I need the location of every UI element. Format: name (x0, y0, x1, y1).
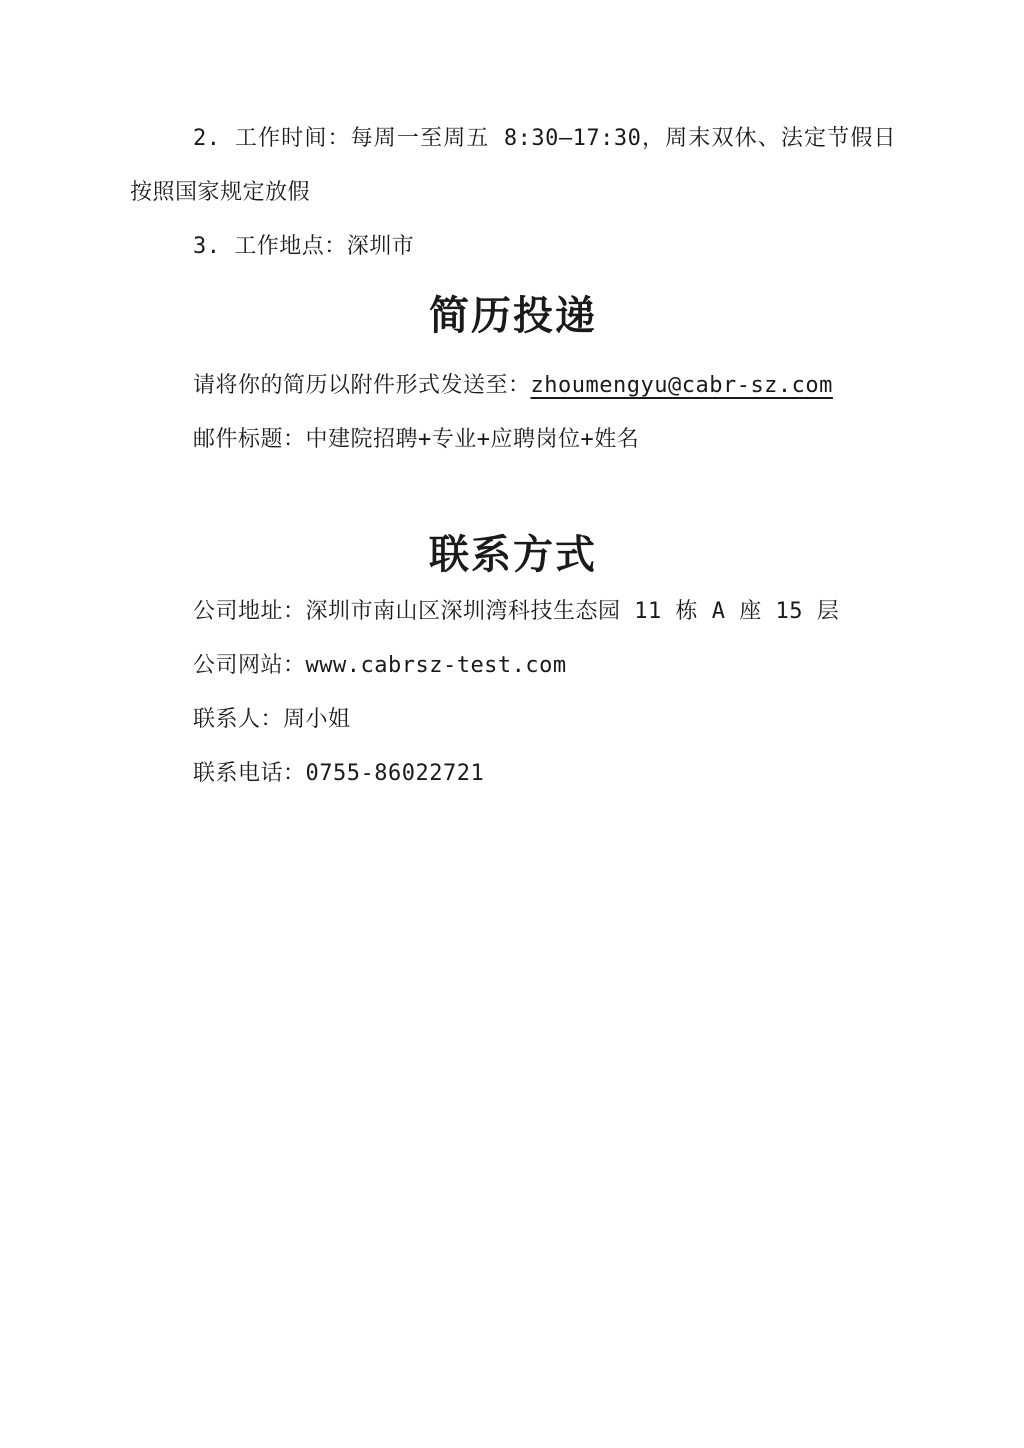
paragraph-contact-person: 联系人：周小姐 (130, 693, 896, 747)
paragraph-work-time: 2. 工作时间：每周一至周五 8:30—17:30，周末双休、法定节假日按照国家… (130, 112, 896, 220)
resume-section-heading: 简历投递 (130, 286, 896, 346)
contact-section-heading: 联系方式 (130, 525, 896, 585)
paragraph-company-website: 公司网站：www.cabrsz-test.com (130, 639, 896, 693)
paragraph-contact-phone: 联系电话：0755-86022721 (130, 747, 896, 801)
paragraph-work-location: 3. 工作地点：深圳市 (130, 220, 896, 274)
paragraph-resume-send: 请将你的简历以附件形式发送至：zhoumengyu@cabr-sz.com (130, 359, 896, 413)
paragraph-email-subject: 邮件标题：中建院招聘+专业+应聘岗位+姓名 (130, 413, 896, 467)
email-link[interactable]: zhoumengyu@cabr-sz.com (531, 373, 833, 398)
resume-send-prefix: 请将你的简历以附件形式发送至： (193, 373, 531, 398)
document-page: 2. 工作时间：每周一至周五 8:30—17:30，周末双休、法定节假日按照国家… (0, 0, 1024, 1448)
paragraph-company-address: 公司地址：深圳市南山区深圳湾科技生态园 11 栋 A 座 15 层 (130, 585, 896, 639)
